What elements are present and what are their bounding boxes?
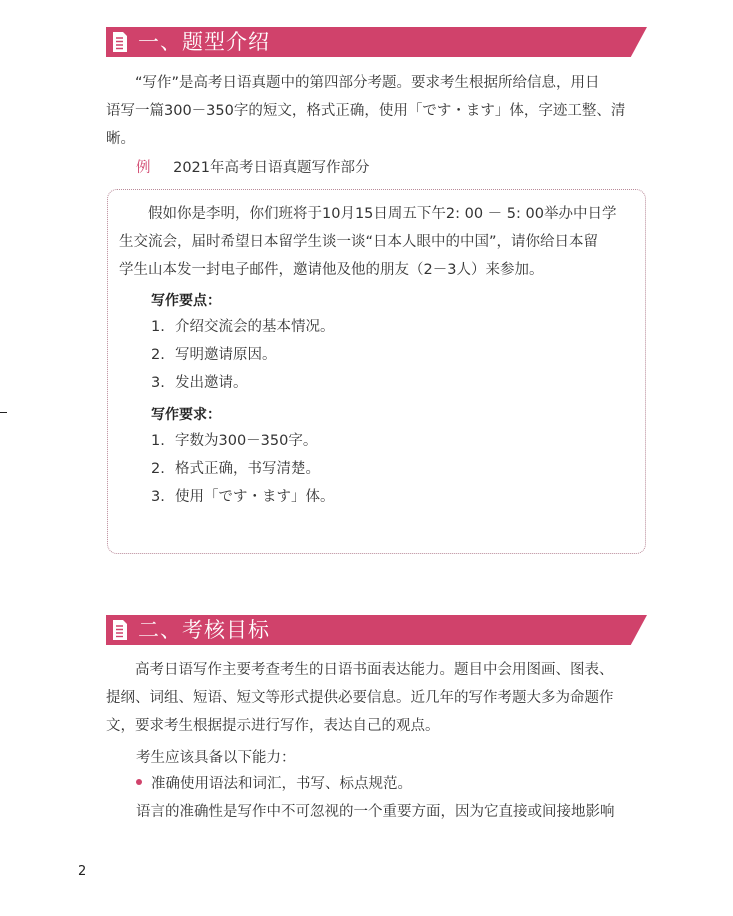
list-item: 2.格式正确，书写清楚。 xyxy=(151,455,335,483)
bullet-dot-icon xyxy=(136,779,142,785)
list-item: 2.写明邀请原因。 xyxy=(151,341,335,369)
item-number: 1. xyxy=(151,313,175,341)
list-item: 3.使用「です・ます」体。 xyxy=(151,483,335,511)
abilities-intro: 考生应该具备以下能力： xyxy=(136,744,656,772)
intro-line: 晰。 xyxy=(106,125,651,153)
para-line: 提纲、词组、短语、短文等形式提供必要信息。近几年的写作考题大多为命题作 xyxy=(106,684,651,712)
example-prompt: 假如你是李明，你们班将于10月15日周五下午2: 00 － 5: 00举办中日学… xyxy=(119,200,647,284)
item-number: 1. xyxy=(151,427,175,455)
list-item: 1.介绍交流会的基本情况。 xyxy=(151,313,335,341)
bullet-item: 准确使用语法和词汇，书写、标点规范。 xyxy=(136,772,412,796)
list-item: 1.字数为300－350字。 xyxy=(151,427,335,455)
list-item: 3.发出邀请。 xyxy=(151,369,335,397)
section-2-paragraph: 高考日语写作主要考查考生的日语书面表达能力。题目中会用图画、图表、 提纲、词组、… xyxy=(106,656,651,740)
example-title: 2021年高考日语真题写作部分 xyxy=(173,160,369,176)
bullet-text: 准确使用语法和词汇，书写、标点规范。 xyxy=(151,776,412,792)
item-text: 发出邀请。 xyxy=(175,375,248,391)
example-label: 例 xyxy=(136,160,151,176)
intro-line: 语写一篇300－350字的短文，格式正确，使用「です・ます」体，字迹工整、清 xyxy=(106,97,651,125)
item-text: 使用「です・ます」体。 xyxy=(175,489,335,505)
requirements-heading: 写作要求： xyxy=(151,404,221,424)
item-text: 介绍交流会的基本情况。 xyxy=(175,319,335,335)
item-text: 写明邀请原因。 xyxy=(175,347,277,363)
prompt-line: 假如你是李明，你们班将于10月15日周五下午2: 00 － 5: 00举办中日学 xyxy=(119,200,647,228)
example-box: 假如你是李明，你们班将于10月15日周五下午2: 00 － 5: 00举办中日学… xyxy=(107,189,646,554)
prompt-line: 生交流会，届时希望日本留学生谈一谈“日本人眼中的中国”，请你给日本留 xyxy=(119,228,647,256)
item-text: 格式正确，书写清楚。 xyxy=(175,461,320,477)
item-number: 2. xyxy=(151,341,175,369)
points-heading: 写作要点： xyxy=(151,290,221,310)
item-number: 3. xyxy=(151,483,175,511)
section-1-banner: 一、题型介绍 xyxy=(106,27,647,57)
section-2-banner: 二、考核目标 xyxy=(106,615,647,645)
para-line: 文，要求考生根据提示进行写作，表达自己的观点。 xyxy=(106,712,651,740)
margin-crop-mark xyxy=(0,412,7,413)
section-1-intro: “写作”是高考日语真题中的第四部分考题。要求考生根据所给信息，用日 语写一篇30… xyxy=(106,69,651,153)
notebook-icon xyxy=(110,615,130,645)
para-line: 高考日语写作主要考查考生的日语书面表达能力。题目中会用图画、图表、 xyxy=(106,656,651,684)
item-number: 2. xyxy=(151,455,175,483)
prompt-line: 学生山本发一封电子邮件，邀请他及他的朋友（2－3人）来参加。 xyxy=(119,256,647,284)
page-number: 2 xyxy=(78,864,86,879)
points-list: 1.介绍交流会的基本情况。 2.写明邀请原因。 3.发出邀请。 xyxy=(151,313,335,397)
notebook-icon xyxy=(110,27,130,57)
requirements-list: 1.字数为300－350字。 2.格式正确，书写清楚。 3.使用「です・ます」体… xyxy=(151,427,335,511)
closing-line: 语言的准确性是写作中不可忽视的一个重要方面，因为它直接或间接地影响 xyxy=(136,798,656,826)
section-1-title: 一、题型介绍 xyxy=(138,27,270,57)
intro-line: “写作”是高考日语真题中的第四部分考题。要求考生根据所给信息，用日 xyxy=(106,69,651,97)
item-number: 3. xyxy=(151,369,175,397)
section-2-title: 二、考核目标 xyxy=(138,615,270,645)
example-caption: 例 2021年高考日语真题写作部分 xyxy=(136,156,370,180)
item-text: 字数为300－350字。 xyxy=(175,433,317,449)
